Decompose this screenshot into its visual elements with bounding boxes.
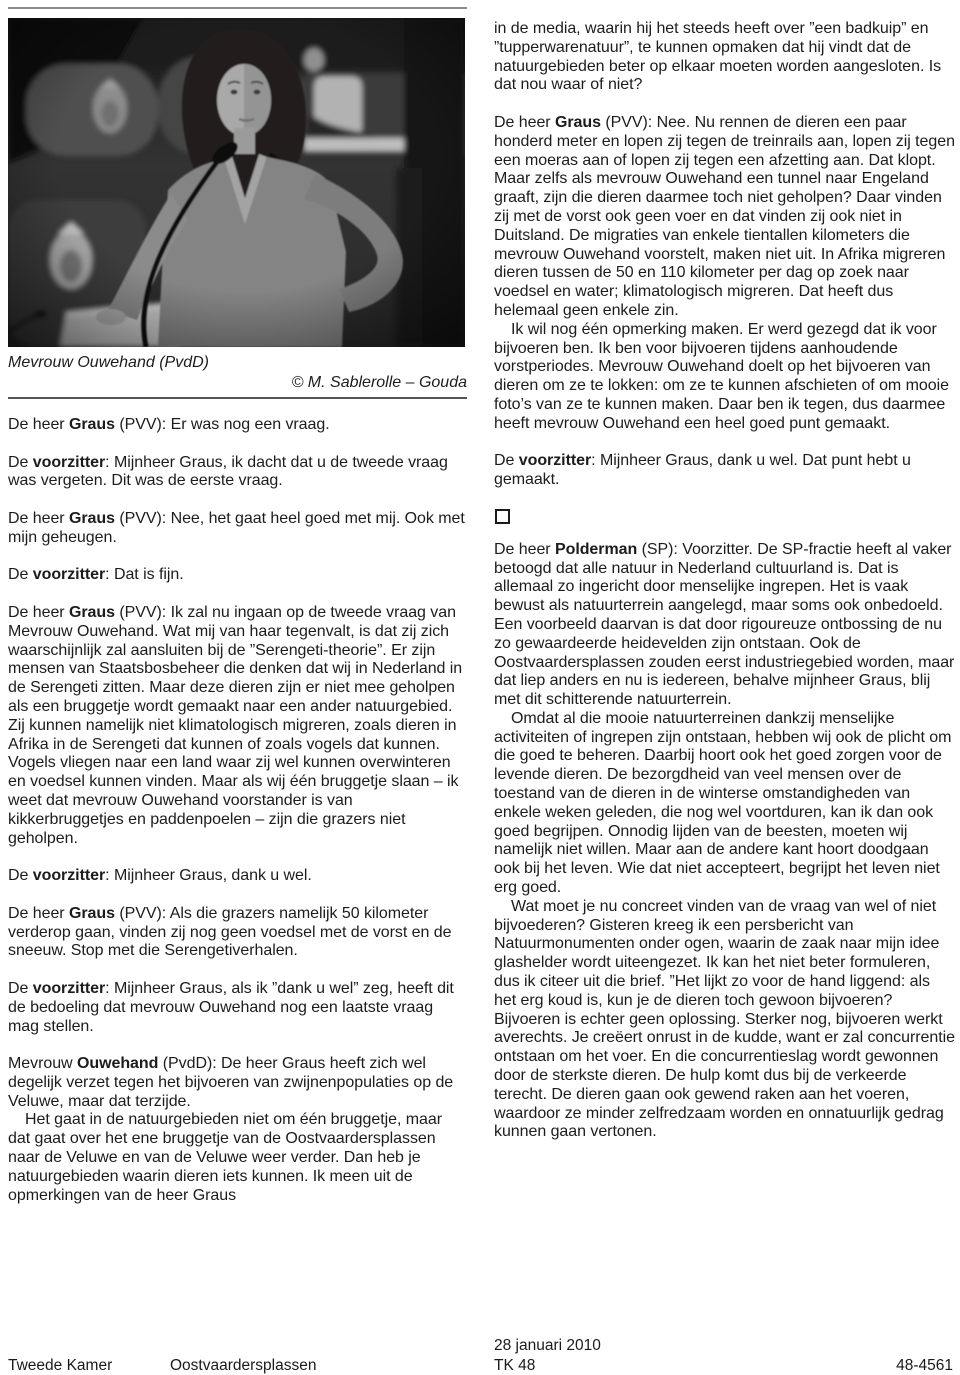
speech-lead-paragraph: De voorzitter: Dat is fijn. <box>8 566 467 585</box>
speech-block: De heer Polderman (SP): Voorzitter. De S… <box>494 541 955 1143</box>
speech-block: De heer Graus (PVV): Er was nog een vraa… <box>8 416 467 435</box>
speech-paragraph: Wat moet je nu concreet vinden van de vr… <box>494 898 955 1142</box>
top-rule <box>8 7 467 9</box>
section-end-square <box>495 509 510 524</box>
speech-block: De voorzitter: Mijnheer Graus, als ik ”d… <box>8 980 467 1036</box>
speaker-name: voorzitter <box>33 566 105 583</box>
footer-topic: Oostvaardersplassen <box>170 1357 316 1375</box>
speech-block: De voorzitter: Mijnheer Graus, dank u we… <box>8 867 467 886</box>
speech-block: De heer Graus (PVV): Als die grazers nam… <box>8 905 467 961</box>
speech-block: De voorzitter: Mijnheer Graus, dank u we… <box>494 452 955 490</box>
speech-block: De voorzitter: Dat is fijn. <box>8 566 467 585</box>
speech-block: De heer Graus (PVV): Nee, het gaat heel … <box>8 510 467 548</box>
speech-block: Mevrouw Ouwehand (PvdD): De heer Graus h… <box>8 1055 467 1205</box>
right-column: in de media, waarin hij het steeds heeft… <box>494 0 955 1161</box>
speech-paragraph: Het gaat in de natuurgebieden niet om éé… <box>8 1111 467 1205</box>
speech-block: De heer Graus (PVV): Nee. Nu rennen de d… <box>494 114 955 434</box>
right-speech-list: in de media, waarin hij het steeds heeft… <box>494 20 955 1142</box>
speech-lead-paragraph: De voorzitter: Mijnheer Graus, dank u we… <box>8 867 467 886</box>
left-speech-list: De heer Graus (PVV): Er was nog een vraa… <box>8 416 467 1205</box>
speaker-name: voorzitter <box>33 867 105 884</box>
speech-lead-paragraph: De heer Graus (PVV): Als die grazers nam… <box>8 905 467 961</box>
speech-block: De heer Graus (PVV): Ik zal nu ingaan op… <box>8 604 467 848</box>
speech-lead-paragraph: in de media, waarin hij het steeds heeft… <box>494 20 955 95</box>
speaker-name: Graus <box>69 416 115 433</box>
speech-paragraph: Ik wil nog één opmerking maken. Er werd … <box>494 321 955 434</box>
speech-block: in de media, waarin hij het steeds heeft… <box>494 20 955 95</box>
speech-lead-paragraph: De heer Graus (PVV): Ik zal nu ingaan op… <box>8 604 467 848</box>
left-column: Mevrouw Ouwehand (PvdD) © M. Sablerolle … <box>8 0 467 1224</box>
footer-date: 28 januari 2010 <box>494 1337 601 1355</box>
speech-lead-paragraph: Mevrouw Ouwehand (PvdD): De heer Graus h… <box>8 1055 467 1111</box>
speech-lead-paragraph: De voorzitter: Mijnheer Graus, dank u we… <box>494 452 955 490</box>
parliament-photo-illustration <box>8 18 465 347</box>
speaker-name: Ouwehand <box>77 1055 158 1072</box>
speech-lead-paragraph: De voorzitter: Mijnheer Graus, als ik ”d… <box>8 980 467 1036</box>
photo-credit: © M. Sablerolle – Gouda <box>8 374 467 392</box>
photo-mevrouw-ouwehand <box>8 18 465 347</box>
speaker-name: Graus <box>555 114 601 131</box>
speech-block: De voorzitter: Mijnheer Graus, ik dacht … <box>8 454 467 492</box>
speaker-name: Graus <box>69 604 115 621</box>
speaker-name: Graus <box>69 510 115 527</box>
speech-paragraph: Omdat al die mooie natuurterreinen dankz… <box>494 710 955 898</box>
page-footer: 28 januari 2010 Tweede Kamer Oostvaarder… <box>0 1333 960 1375</box>
speech-lead-paragraph: De voorzitter: Mijnheer Graus, ik dacht … <box>8 454 467 492</box>
speaker-name: Polderman <box>555 541 637 558</box>
photo-caption: Mevrouw Ouwehand (PvdD) <box>8 354 467 372</box>
caption-rule <box>8 397 467 399</box>
speech-lead-paragraph: De heer Graus (PVV): Er was nog een vraa… <box>8 416 467 435</box>
speaker-name: voorzitter <box>519 452 591 469</box>
speaker-name: voorzitter <box>33 980 105 997</box>
speaker-name: voorzitter <box>33 454 105 471</box>
speech-lead-paragraph: De heer Graus (PVV): Nee, het gaat heel … <box>8 510 467 548</box>
footer-page-ref: 48-4561 <box>896 1357 953 1375</box>
footer-chamber: Tweede Kamer <box>8 1357 112 1375</box>
speaker-name: Graus <box>69 905 115 922</box>
speech-lead-paragraph: De heer Polderman (SP): Voorzitter. De S… <box>494 541 955 710</box>
footer-session: TK 48 <box>494 1357 535 1375</box>
speech-lead-paragraph: De heer Graus (PVV): Nee. Nu rennen de d… <box>494 114 955 321</box>
